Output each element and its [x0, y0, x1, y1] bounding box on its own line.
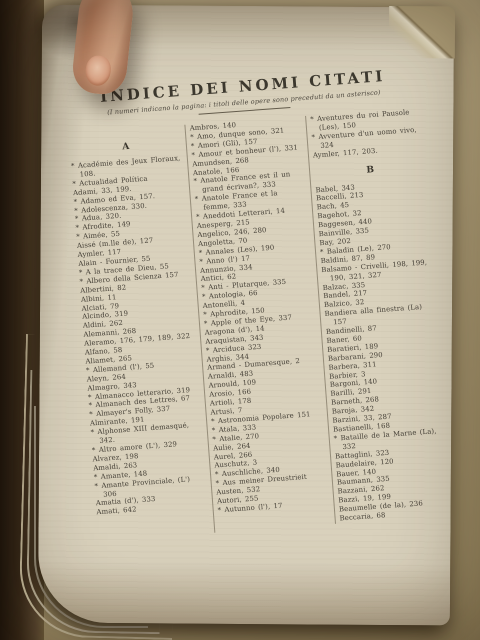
index-list-right: Babel, 343Baccelli, 213Bach, 45Bagehot, …	[315, 178, 451, 524]
index-list-left: * Académie des Jeux Floraux, 108.* Actua…	[71, 154, 209, 517]
fingernail	[84, 54, 112, 86]
page-corner-curl	[389, 6, 455, 58]
section-header-a: A	[70, 138, 182, 156]
index-columns: A * Académie des Jeux Floraux, 108.* Act…	[65, 107, 456, 541]
photo-of-book-page: INDICE DEI NOMI CITATI (I numeri indican…	[0, 0, 480, 640]
section-header-b: B	[314, 161, 426, 179]
book-page: INDICE DEI NOMI CITATI (I numeri indican…	[38, 5, 454, 626]
index-list-right-top: * Aventures du roi Pausole (Les), 150* A…	[310, 107, 425, 160]
page-content: INDICE DEI NOMI CITATI (I numeri indican…	[62, 64, 456, 541]
